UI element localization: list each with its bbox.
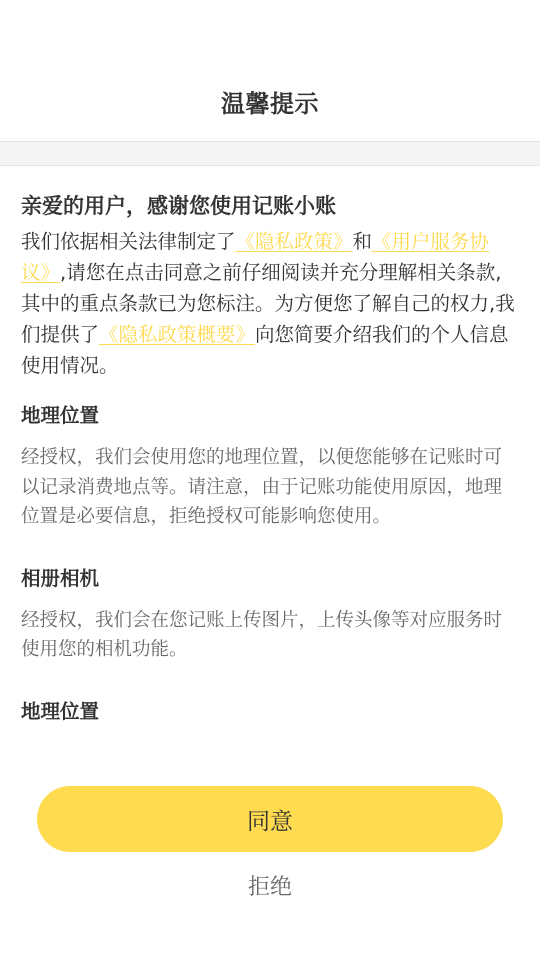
reject-button[interactable]: 拒绝 [248,870,292,901]
intro-paragraph: 我们依据相关法律制定了《隐私政策》和《用户服务协议》,请您在点击同意之前仔细阅读… [21,226,520,381]
section-title-location-2: 地理位置 [21,697,520,727]
section-body-location: 经授权，我们会使用您的地理位置，以便您能够在记账时可以记录消费地点等。请注意，由… [21,443,520,532]
privacy-policy-link[interactable]: 《隐私政策》 [236,230,353,253]
divider-band [0,141,540,166]
dialog-header: 温馨提示 [0,0,540,141]
dialog-content[interactable]: 亲爱的用户，感谢您使用记账小账 我们依据相关法律制定了《隐私政策》和《用户服务协… [0,166,540,727]
intro-text-2: 和 [353,230,373,253]
intro-text-1: 我们依据相关法律制定了 [21,230,236,253]
greeting-heading: 亲爱的用户，感谢您使用记账小账 [21,188,520,224]
dialog-title: 温馨提示 [221,84,319,119]
privacy-summary-link[interactable]: 《隐私政策概要》 [99,323,255,346]
section-title-camera: 相册相机 [21,564,520,594]
section-body-camera: 经授权，我们会在您记账上传图片，上传头像等对应服务时使用您的相机功能。 [21,606,520,665]
agree-button[interactable]: 同意 [37,786,503,852]
dialog-actions: 同意 拒绝 [0,786,540,901]
section-title-location: 地理位置 [21,401,520,431]
